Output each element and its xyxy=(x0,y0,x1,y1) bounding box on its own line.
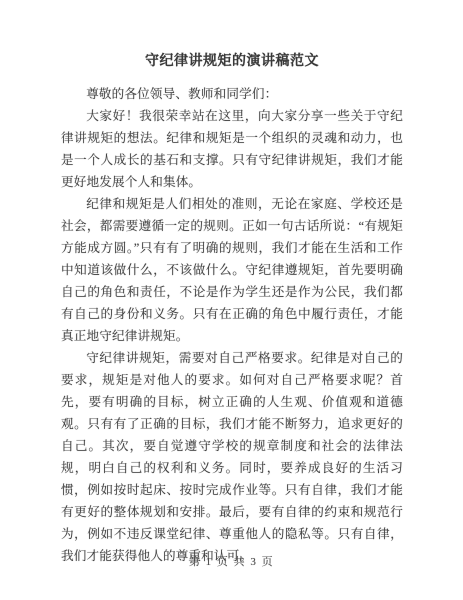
document-page: 守纪律讲规矩的演讲稿范文 尊敬的各位领导、教师和同学们： 大家好！我很荣幸站在这… xyxy=(0,0,463,600)
body-paragraph: 守纪律讲规矩，需要对自己严格要求。纪律是对自己的要求，规矩是对他人的要求。如何对… xyxy=(61,347,403,567)
document-body: 尊敬的各位领导、教师和同学们： 大家好！我很荣幸站在这里，向大家分享一些关于守纪… xyxy=(61,83,403,567)
body-paragraph: 大家好！我很荣幸站在这里，向大家分享一些关于守纪律讲规矩的想法。纪律和规矩是一个… xyxy=(61,105,403,193)
salutation-line: 尊敬的各位领导、教师和同学们： xyxy=(61,83,403,105)
page-number-footer: 第 1 页 共 3 页 xyxy=(0,553,463,569)
body-paragraph: 纪律和规矩是人们相处的准则，无论在家庭、学校还是社会，都需要遵循一定的规则。正如… xyxy=(61,193,403,347)
document-title: 守纪律讲规矩的演讲稿范文 xyxy=(61,52,403,72)
